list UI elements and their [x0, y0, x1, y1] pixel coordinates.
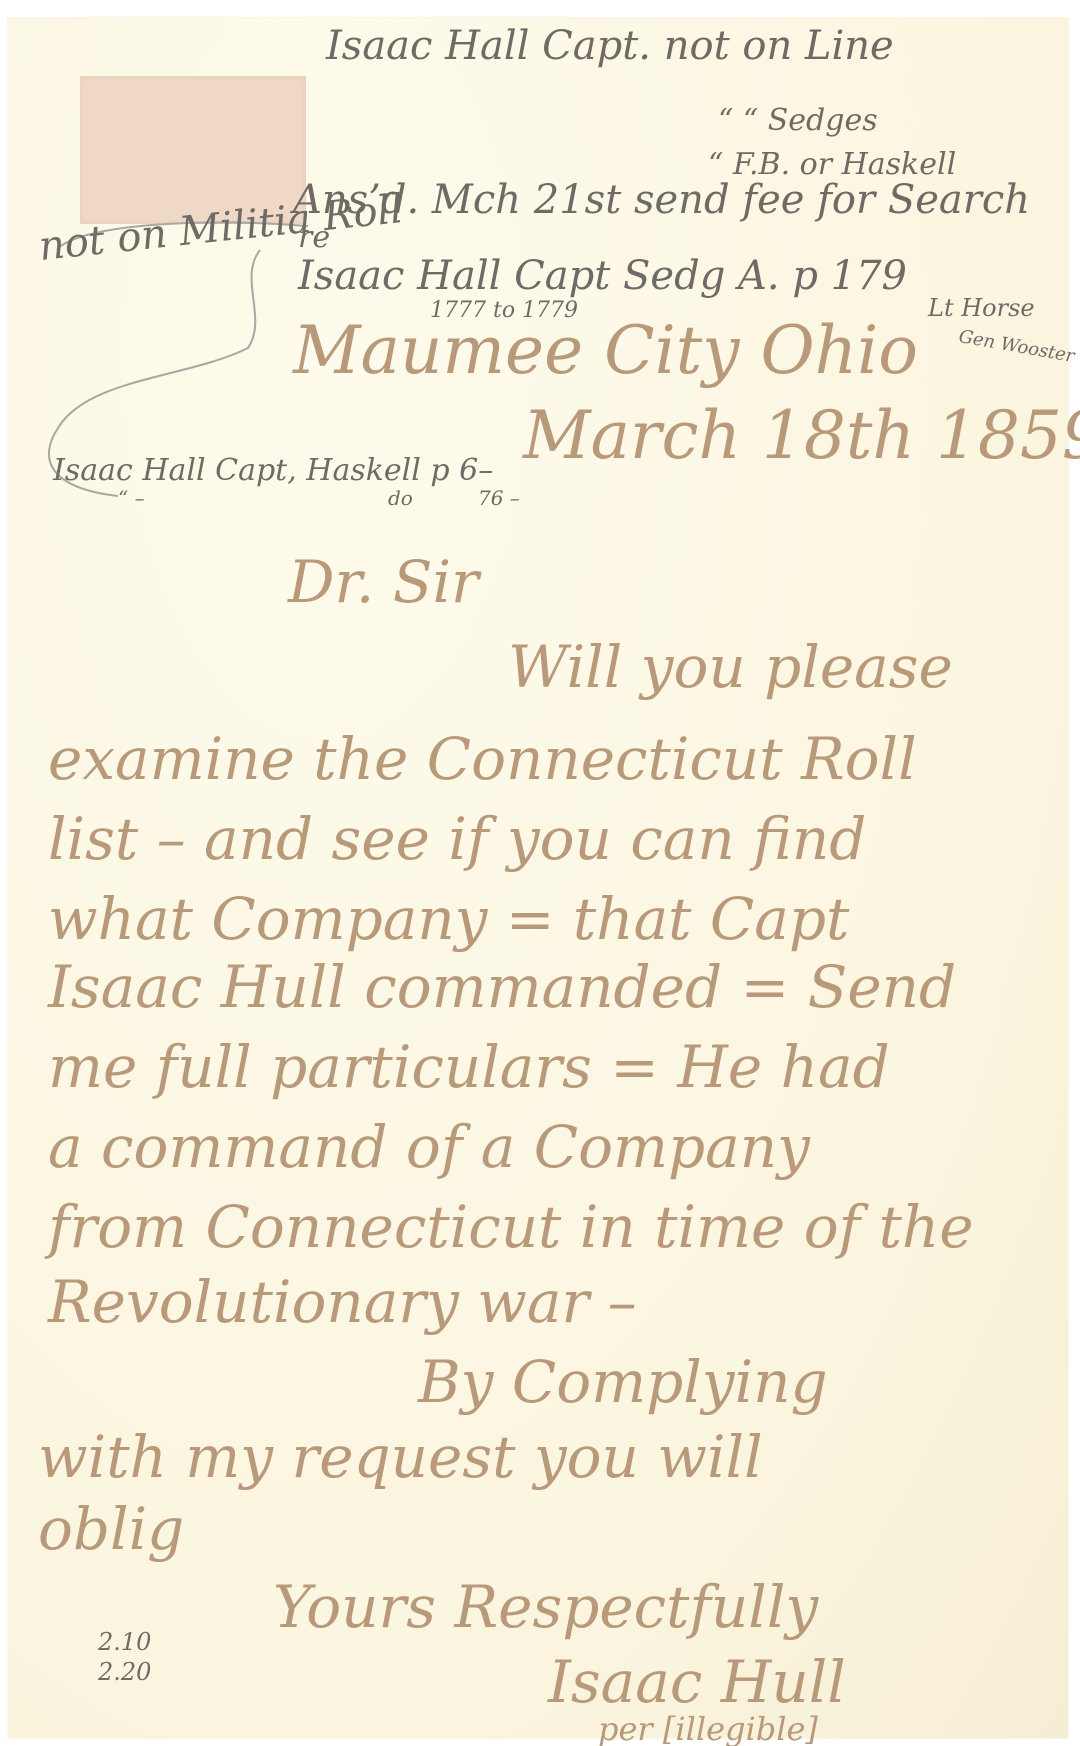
haskell-sub-2: do [388, 488, 413, 508]
body-line-4: what Company = that Capt [48, 890, 849, 948]
body-line-3: list – and see if you can find [48, 810, 866, 868]
body-line-6: me full particulars = He had [48, 1038, 890, 1096]
haskell-reference: Isaac Hall Capt, Haskell p 6– [53, 456, 493, 486]
annotation-line-2: “ “ Sedges [718, 106, 878, 136]
body-line-9: Revolutionary war – [48, 1273, 637, 1331]
signature-suffix: per [illegible] [598, 1713, 818, 1745]
letter-date: March 18th 1859 [523, 403, 1080, 469]
body-line-8: from Connecticut in time of the [48, 1198, 974, 1256]
letter-page: Isaac Hall Capt. not on Line “ “ Sedges … [8, 18, 1068, 1738]
signature: Isaac Hull [548, 1653, 846, 1711]
body-line-2: examine the Connecticut Roll [48, 730, 917, 788]
body-line-11: with my request you will [38, 1428, 763, 1486]
annotation-line-3: “ F.B. or Haskell [708, 150, 956, 180]
closing: Yours Respectfully [273, 1578, 818, 1636]
body-line-5: Isaac Hull commanded = Send [48, 958, 956, 1016]
figures-1: 2.10 [98, 1630, 151, 1654]
letter-place: Maumee City Ohio [293, 318, 918, 384]
body-line-10: By Complying [418, 1353, 828, 1411]
answered-note: Ans’d. Mch 21st send fee for Search [293, 180, 1030, 220]
haskell-sub-3: 76 – [478, 488, 520, 508]
body-line-12: oblig [38, 1500, 184, 1558]
body-line-7: a command of a Company [48, 1118, 810, 1176]
salutation: Dr. Sir [288, 553, 479, 611]
left-margin-note-2: re [298, 223, 330, 253]
captain-reference: Isaac Hall Capt Sedg A. p 179 [298, 256, 907, 296]
body-line-1: Will you please [508, 638, 953, 696]
right-note-1: Lt Horse [928, 296, 1035, 320]
annotation-line-1: Isaac Hall Capt. not on Line [326, 26, 894, 66]
haskell-sub-1: “ – [118, 488, 145, 508]
figures-2: 2.20 [98, 1660, 151, 1684]
